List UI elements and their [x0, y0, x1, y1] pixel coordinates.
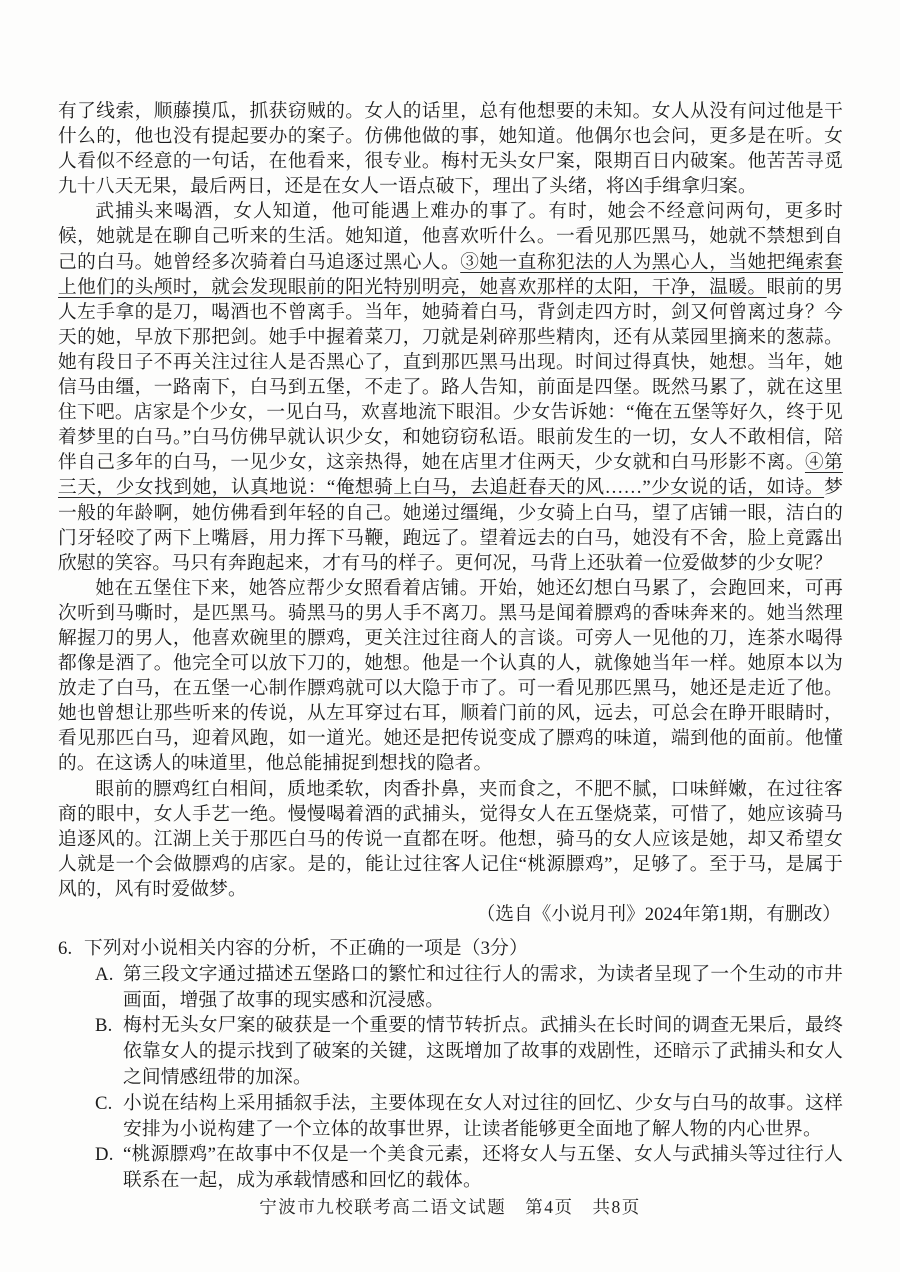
option-b: B.梅村无头女尸案的破获是一个重要的情节转折点。武捕头在长时间的调查无果后，最终… — [95, 1013, 843, 1090]
text-run: 她在五堡住下来，她答应帮少女照看着店铺。开始，她还幻想白马累了，会跑回来，可再次… — [58, 578, 843, 775]
option-label: A. — [95, 962, 123, 1014]
option-label: C. — [95, 1091, 123, 1143]
option-c: C.小说在结构上采用插叙手法，主要体现在女人对过往的回忆、少女与白马的故事。这样… — [95, 1091, 843, 1143]
question-stem: 下列对小说相关内容的分析，不正确的一项是（3分） — [84, 936, 843, 962]
text-run: 眼前的男人左手拿的是刀，喝酒也不曾离手。当年，她骑着白马，背剑走四方时，剑又何曾… — [58, 277, 843, 474]
story-text: 有了线索，顺藤摸瓜，抓获窃贼的。女人的话里，总有他想要的未知。女人从没有问过他是… — [58, 99, 843, 902]
question-number: 6. — [58, 936, 84, 962]
exam-page: 有了线索，顺藤摸瓜，抓获窃贼的。女人的话里，总有他想要的未知。女人从没有问过他是… — [0, 0, 900, 1272]
text-run: 有了线索，顺藤摸瓜，抓获窃贼的。女人的话里，总有他想要的未知。女人从没有问过他是… — [58, 101, 843, 197]
option-d: D.“桃源膘鸡”在故事中不仅是一个美食元素，还将女人与五堡、女人与武捕头等过往行… — [95, 1142, 843, 1194]
question-6: 6. 下列对小说相关内容的分析，不正确的一项是（3分） A.第三段文字通过描述五… — [58, 936, 843, 1194]
option-text: 小说在结构上采用插叙手法，主要体现在女人对过往的回忆、少女与白马的故事。这样安排… — [123, 1091, 843, 1143]
story-paragraph: 眼前的膘鸡红白相间，质地柔软，肉香扑鼻，夹而食之，不肥不腻，口味鲜嫩，在过往客商… — [58, 777, 843, 902]
text-run: 眼前的膘鸡红白相间，质地柔软，肉香扑鼻，夹而食之，不肥不腻，口味鲜嫩，在过往客商… — [58, 779, 843, 900]
option-text: 第三段文字通过描述五堡路口的繁忙和过往行人的需求，为读者呈现了一个生动的市井画面… — [123, 962, 843, 1014]
option-text: “桃源膘鸡”在故事中不仅是一个美食元素，还将女人与五堡、女人与武捕头等过往行人联… — [123, 1142, 843, 1194]
source-attribution: （选自《小说月刊》2024年第1期，有删改） — [58, 902, 843, 927]
option-label: B. — [95, 1013, 123, 1090]
page-footer: 宁波市九校联考高二语文试题 第4页 共8页 — [0, 1194, 900, 1219]
option-a: A.第三段文字通过描述五堡路口的繁忙和过往行人的需求，为读者呈现了一个生动的市井… — [95, 962, 843, 1014]
story-paragraph: 武捕头来喝酒，女人知道，他可能遇上难办的事了。有时，她会不经意问两句，更多时候，… — [58, 199, 843, 575]
question-stem-row: 6. 下列对小说相关内容的分析，不正确的一项是（3分） — [58, 936, 843, 962]
question-options: A.第三段文字通过描述五堡路口的繁忙和过往行人的需求，为读者呈现了一个生动的市井… — [58, 962, 843, 1194]
story-paragraph: 她在五堡住下来，她答应帮少女照看着店铺。开始，她还幻想白马累了，会跑回来，可再次… — [58, 576, 843, 777]
story-paragraph: 有了线索，顺藤摸瓜，抓获窃贼的。女人的话里，总有他想要的未知。女人从没有问过他是… — [58, 99, 843, 199]
option-label: D. — [95, 1142, 123, 1194]
option-text: 梅村无头女尸案的破获是一个重要的情节转折点。武捕头在长时间的调查无果后，最终依靠… — [123, 1013, 843, 1090]
